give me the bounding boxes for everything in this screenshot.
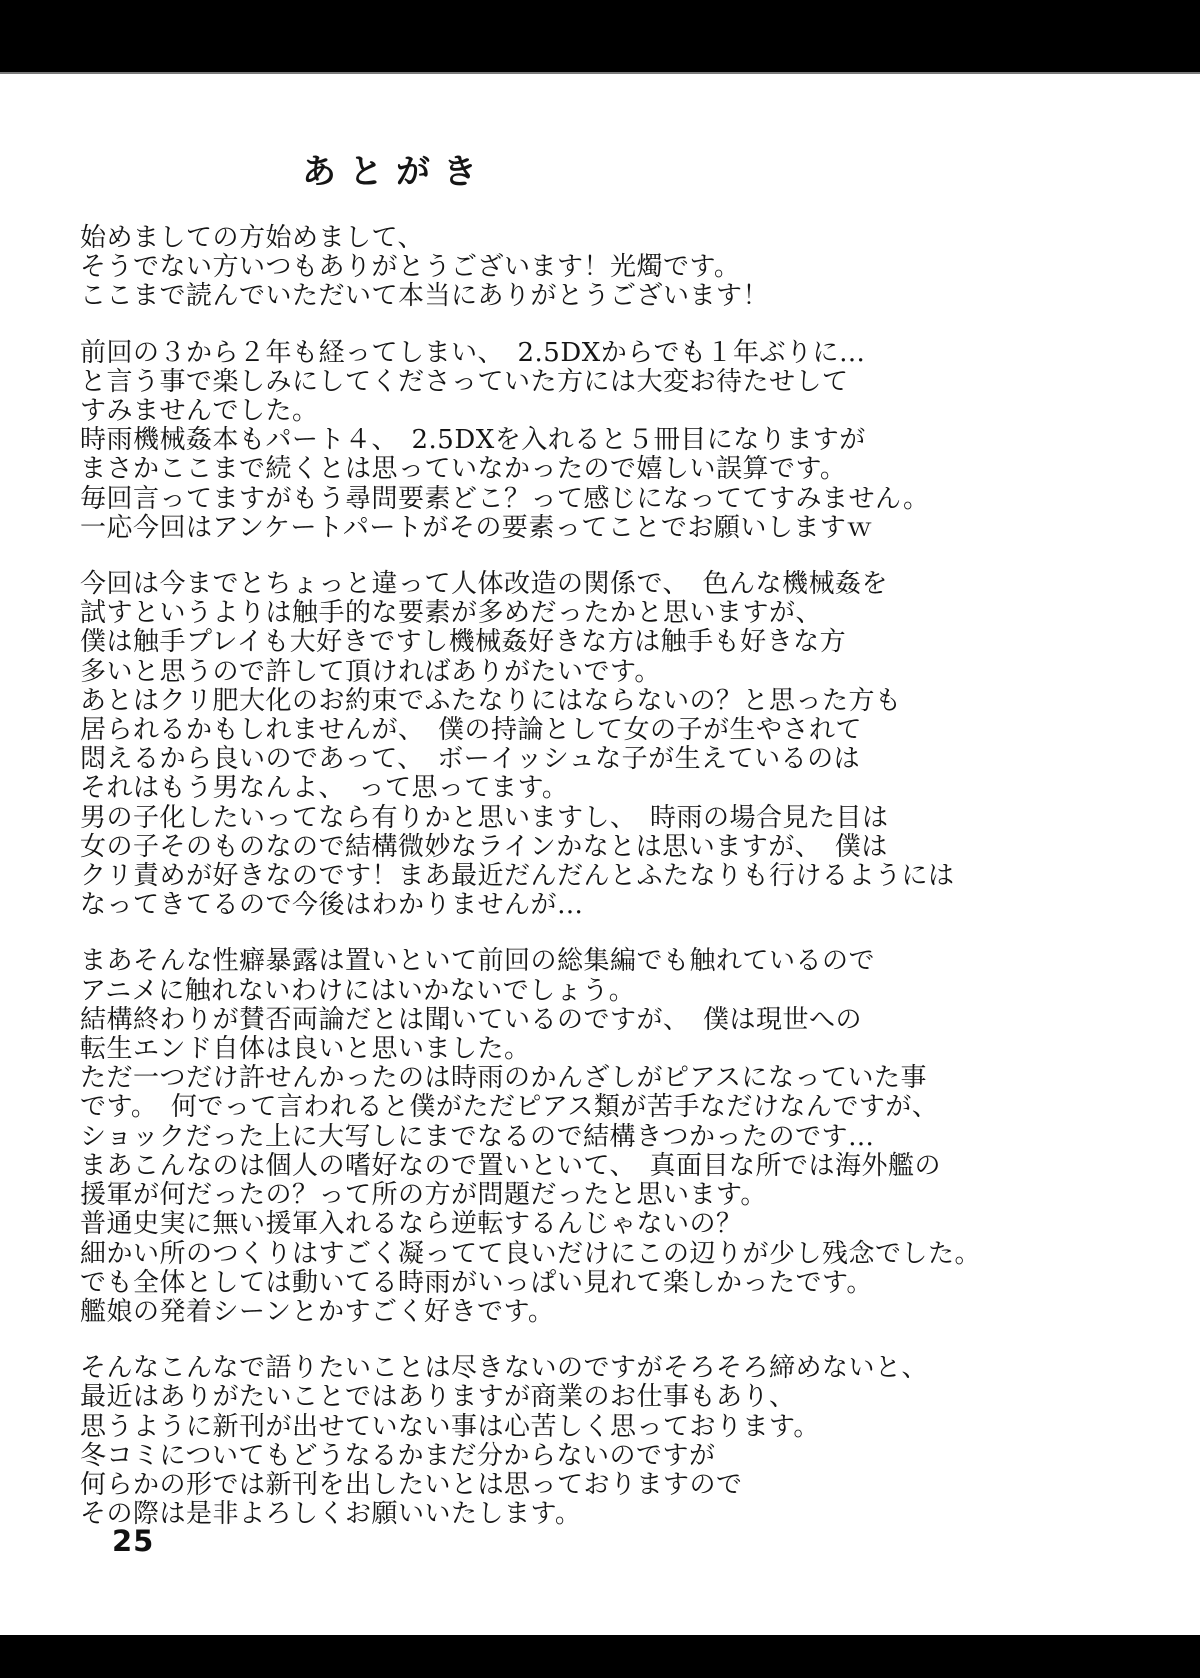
afterword-line: 毎回言ってますがもう尋問要素どこ？って感じになっててすみません。	[80, 485, 1170, 514]
afterword-line: その際は是非よろしくお願いいたします。	[80, 1500, 1170, 1529]
afterword-line: です。 何でって言われると僕がただピアス類が苦手なだけなんですが、	[80, 1093, 1170, 1122]
afterword-line: 何らかの形では新刊を出したいとは思っておりますので	[80, 1471, 1170, 1500]
afterword-line: なってきてるので今後はわかりませんが…	[80, 891, 1170, 920]
afterword-line: あとはクリ肥大化のお約束でふたなりにはならないの？と思った方も	[80, 687, 1170, 716]
afterword-line: それはもう男なんよ、 って思ってます。	[80, 774, 1170, 803]
bottom-border-bar	[0, 1635, 1200, 1678]
afterword-content: あとがき 始めましての方始めまして、 そうでない方いつもありがとうございます！光…	[80, 150, 1170, 1556]
afterword-line: まあそんな性癖暴露は置いといて前回の総集編でも触れているので	[80, 947, 1170, 976]
afterword-line: 居られるかもしれませんが、 僕の持論として女の子が生やされて	[80, 716, 1170, 745]
afterword-line: 悶えるから良いのであって、 ボーイッシュな子が生えているのは	[80, 745, 1170, 774]
afterword-line: まあこんなのは個人の嗜好なので置いといて、 真面目な所では海外艦の	[80, 1152, 1170, 1181]
afterword-line: 多いと思うので許して頂ければありがたいです。	[80, 658, 1170, 687]
afterword-line: 思うように新刊が出せていない事は心苦しく思っております。	[80, 1413, 1170, 1442]
afterword-paragraph-greeting: 始めましての方始めまして、 そうでない方いつもありがとうございます！光燭です。 …	[80, 224, 1170, 312]
afterword-line: 今回は今までとちょっと違って人体改造の関係で、 色んな機械姦を	[80, 570, 1170, 599]
afterword-line: 始めましての方始めまして、	[80, 224, 1170, 253]
afterword-line: 結構終わりが賛否両論だとは聞いているのですが、 僕は現世への	[80, 1006, 1170, 1035]
afterword-line: まさかここまで続くとは思っていなかったので嬉しい誤算です。	[80, 455, 1170, 484]
top-border-bar	[0, 0, 1200, 74]
afterword-line: 最近はありがたいことではありますが商業のお仕事もあり、	[80, 1383, 1170, 1412]
afterword-line: ただ一つだけ許せんかったのは時雨のかんざしがピアスになっていた事	[80, 1064, 1170, 1093]
afterword-line: 時雨機械姦本もパート４、 2.5DXを入れると５冊目になりますが	[80, 426, 1170, 455]
afterword-line: 細かい所のつくりはすごく凝ってて良いだけにこの辺りが少し残念でした。	[80, 1240, 1170, 1269]
afterword-line: 女の子そのものなので結構微妙なラインかなとは思いますが、 僕は	[80, 833, 1170, 862]
afterword-line: でも全体としては動いてる時雨がいっぱい見れて楽しかったです。	[80, 1269, 1170, 1298]
afterword-line: そんなこんなで語りたいことは尽きないのですがそろそろ締めないと、	[80, 1354, 1170, 1383]
afterword-line: 援軍が何だったの？って所の方が問題だったと思います。	[80, 1181, 1170, 1210]
afterword-line: クリ責めが好きなのです！まあ最近だんだんとふたなりも行けるようには	[80, 862, 1170, 891]
afterword-paragraph-closing: そんなこんなで語りたいことは尽きないのですがそろそろ締めないと、 最近はありがた…	[80, 1354, 1170, 1529]
afterword-line: 転生エンド自体は良いと思いました。	[80, 1035, 1170, 1064]
afterword-line: そうでない方いつもありがとうございます！光燭です。	[80, 253, 1170, 282]
afterword-line: アニメに触れないわけにはいかないでしょう。	[80, 977, 1170, 1006]
afterword-line: 艦娘の発着シーンとかすごく好きです。	[80, 1298, 1170, 1327]
scanned-afterword-page: あとがき 始めましての方始めまして、 そうでない方いつもありがとうございます！光…	[0, 0, 1200, 1678]
afterword-line: 普通史実に無い援軍入れるなら逆転するんじゃないの？	[80, 1210, 1170, 1239]
afterword-line: すみませんでした。	[80, 397, 1170, 426]
afterword-line: 一応今回はアンケートパートがその要素ってことでお願いしますｗ	[80, 514, 1170, 543]
afterword-line: 前回の３から２年も経ってしまい、 2.5DXからでも１年ぶりに…	[80, 339, 1170, 368]
afterword-paragraph-anime-thoughts: まあそんな性癖暴露は置いといて前回の総集編でも触れているので アニメに触れないわ…	[80, 947, 1170, 1327]
page-number: 25	[112, 1524, 154, 1558]
page-title: あとがき	[302, 150, 1170, 194]
afterword-line: 冬コミについてもどうなるかまだ分からないのですが	[80, 1442, 1170, 1471]
afterword-line: 僕は触手プレイも大好きですし機械姦好きな方は触手も好きな方	[80, 628, 1170, 657]
afterword-line: と言う事で楽しみにしてくださっていた方には大変お待たせして	[80, 368, 1170, 397]
afterword-line: ここまで読んでいただいて本当にありがとうございます！	[80, 282, 1170, 311]
afterword-line: ショックだった上に大写しにまでなるので結構きつかったのです…	[80, 1123, 1170, 1152]
afterword-paragraph-content-notes: 今回は今までとちょっと違って人体改造の関係で、 色んな機械姦を 試すというよりは…	[80, 570, 1170, 920]
afterword-line: 男の子化したいってなら有りかと思いますし、 時雨の場合見た目は	[80, 804, 1170, 833]
afterword-line: 試すというよりは触手的な要素が多めだったかと思いますが、	[80, 599, 1170, 628]
afterword-paragraph-release-gap: 前回の３から２年も経ってしまい、 2.5DXからでも１年ぶりに… と言う事で楽し…	[80, 339, 1170, 543]
